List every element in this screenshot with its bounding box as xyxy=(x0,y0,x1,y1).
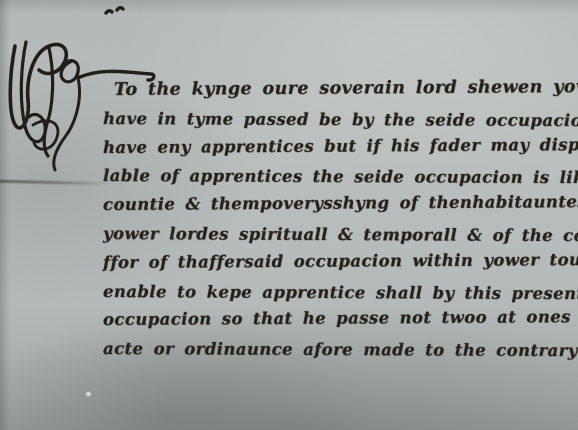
manuscript-line-10: acte or ordinaunce afore made to the con… xyxy=(103,335,578,367)
manuscript-line-7: ffor of thaffersaid occupacion within yo… xyxy=(103,245,578,278)
manuscript-line-1: To the kynge oure soverain lord shewen y… xyxy=(103,72,578,105)
manuscript-line-5: countie & thempoverysshyng of thenhabita… xyxy=(103,187,578,220)
paper-crease xyxy=(0,180,112,186)
paper-speck xyxy=(86,392,91,396)
manuscript-text-block: To the kynge oure soverain lord shewen y… xyxy=(103,76,578,364)
manuscript-photo: To the kynge oure soverain lord shewen y… xyxy=(0,0,578,430)
manuscript-line-9: occupacion so that he passe not twoo at … xyxy=(103,302,578,335)
manuscript-line-3: have eny apprentices but if his fader ma… xyxy=(103,130,578,163)
